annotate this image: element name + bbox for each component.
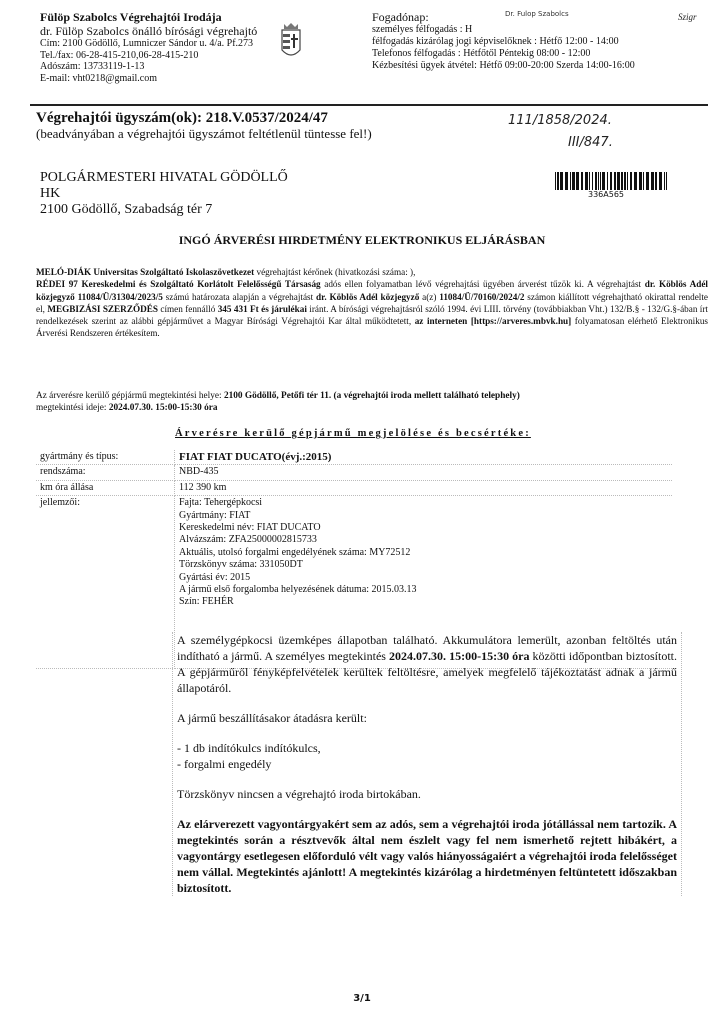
vehicle-description: A személygépkocsi üzemképes állapotban t… (172, 632, 682, 896)
feature-line: Alvázszám: ZFA25000002815733 (179, 534, 668, 546)
table-row: gyártmány és típus:FIAT FIAT DUCATO(évj.… (36, 450, 672, 465)
condition-paragraph: A személygépkocsi üzemképes állapotban t… (177, 632, 677, 696)
reception-hours: Fogadónap: személyes félfogadás : H félf… (372, 10, 635, 72)
reception-phone: Telefonos félfogadás : Hétfőtől Péntekig… (372, 48, 635, 60)
intro-text: a(z) (419, 292, 439, 302)
digital-signature-name: Dr. Fulop Szabolcs (505, 10, 569, 18)
row-value: FIAT FIAT DUCATO(évj.:2015) (175, 450, 673, 465)
feature-line: Fajta: Tehergépkocsi (179, 497, 668, 509)
row-label: rendszáma: (36, 465, 175, 480)
intro-text: címen fennálló (158, 304, 218, 314)
creditor-name: MELÓ-DIÁK Universitas Szolgáltató Iskola… (36, 267, 254, 277)
viewing-info: Az árverésre kerülő gépjármű megtekintés… (36, 390, 716, 414)
viewing-time-inline: 2024.07.30. 15:00-15:30 óra (389, 649, 529, 663)
recipient-name: POLGÁRMESTERI HIVATAL GÖDÖLLŐ (40, 170, 288, 186)
office-email: E-mail: vht0218@gmail.com (40, 73, 257, 85)
case-number: Végrehajtói ügyszám(ok): 218.V.0537/2024… (36, 110, 372, 126)
handwritten-reference: 111/1858/2024. III/847. (508, 110, 613, 154)
recipient-block: POLGÁRMESTERI HIVATAL GÖDÖLLŐ HK 2100 Gö… (40, 170, 288, 218)
feature-line: Szín: FEHÉR (179, 596, 668, 608)
viewing-time-label: megtekintési ideje: (36, 403, 109, 413)
recipient-dept: HK (40, 186, 288, 202)
handover-item: - forgalmi engedély (177, 757, 271, 771)
reception-delivery: Kézbesítési ügyek átvétel: Hétfő 09:00-2… (372, 60, 635, 72)
registration-note: Törzskönyv nincsen a végrehajtó iroda bi… (177, 786, 677, 802)
barcode-icon (555, 172, 670, 190)
office-address: Cím: 2100 Gödöllő, Lumniczer Sándor u. 4… (40, 38, 257, 50)
office-phone: Tel./fax: 06-28-415-210,06-28-415-210 (40, 50, 257, 62)
handover-item: - 1 db indítókulcs indítókulcs, (177, 741, 321, 755)
reception-personal: személyes félfogadás : H (372, 24, 635, 36)
intro-text: adós ellen folyamatban lévő végrehajtási… (321, 279, 645, 289)
document-title: INGÓ ÁRVERÉSI HIRDETMÉNY ELEKTRONIKUS EL… (0, 233, 724, 248)
office-header: Fülöp Szabolcs Végrehajtói Irodája dr. F… (40, 10, 257, 84)
handover-paragraph: A jármű beszállításakor átadásra került: (177, 710, 677, 726)
row-value: 112 390 km (175, 480, 673, 495)
office-name: Fülöp Szabolcs Végrehajtói Irodája (40, 10, 257, 24)
row-label: jellemzői: (36, 496, 175, 669)
recipient-address: 2100 Gödöllő, Szabadság tér 7 (40, 202, 288, 218)
enforceable-doc-number: 11084/Ü/70160/2024/2 (439, 292, 524, 302)
auction-site-link[interactable]: az interneten [https://arveres.mbvk.hu] (415, 316, 572, 326)
feature-line: Gyártmány: FIAT (179, 510, 668, 522)
page-number: 3/1 (0, 993, 724, 1004)
viewing-place: 2100 Gödöllő, Petőfi tér 11. (a végrehaj… (224, 391, 520, 401)
handwritten-line-2: III/847. (508, 132, 613, 154)
header-divider (30, 104, 708, 106)
feature-line: Kereskedelmi név: FIAT DUCATO (179, 522, 668, 534)
signature: Szigr (678, 12, 697, 22)
feature-line: Aktuális, utolsó forgalmi engedélyének s… (179, 547, 668, 559)
handover-items: - 1 db indítókulcs indítókulcs, - forgal… (177, 740, 677, 772)
office-tax-number: Adószám: 13733119-1-13 (40, 61, 257, 73)
hungarian-coat-of-arms-icon (278, 22, 304, 62)
bailiff-name: dr. Fülöp Szabolcs önálló bírósági végre… (40, 24, 257, 38)
claim-amount: 345 431 Ft és járulékai (218, 304, 307, 314)
handwritten-line-1: 111/1858/2024. (508, 110, 613, 132)
notary-name: dr. Köblös Adél közjegyző (316, 292, 419, 302)
barcode-number: 336A565 (588, 190, 624, 199)
contract-type: MEGBIZÁSI SZERZŐDÉS (47, 304, 158, 314)
section-title: Árverésre kerülő gépjármű megjelölése és… (175, 428, 531, 439)
intro-text: végrehajtást kérőnek (hivatkozási száma:… (254, 267, 415, 277)
table-row: km óra állása112 390 km (36, 480, 672, 495)
reception-legal: félfogadás kizárólag jogi képviselőknek … (372, 36, 635, 48)
case-note: (beadványában a végrehajtói ügyszámot fe… (36, 126, 372, 142)
row-value: NBD-435 (175, 465, 673, 480)
feature-line: Törzskönyv száma: 331050DT (179, 559, 668, 571)
viewing-time: 2024.07.30. 15:00-15:30 óra (109, 403, 218, 413)
liability-warning: Az elárverezett vagyontárgyakért sem az … (177, 816, 677, 896)
table-row: rendszáma:NBD-435 (36, 465, 672, 480)
reception-title: Fogadónap: (372, 10, 635, 24)
row-label: gyártmány és típus: (36, 450, 175, 465)
row-label: km óra állása (36, 480, 175, 495)
intro-paragraph: MELÓ-DIÁK Universitas Szolgáltató Iskola… (36, 266, 708, 340)
debtor-name: RÉDEI 97 Kereskedelmi és Szolgáltató Kor… (36, 279, 321, 289)
feature-line: Gyártási év: 2015 (179, 572, 668, 584)
intro-text: számú határozata alapján a végrehajtást (163, 292, 316, 302)
viewing-place-label: Az árverésre kerülő gépjármű megtekintés… (36, 391, 224, 401)
case-number-block: Végrehajtói ügyszám(ok): 218.V.0537/2024… (36, 110, 372, 142)
feature-line: A jármű első forgalomba helyezésének dát… (179, 584, 668, 596)
